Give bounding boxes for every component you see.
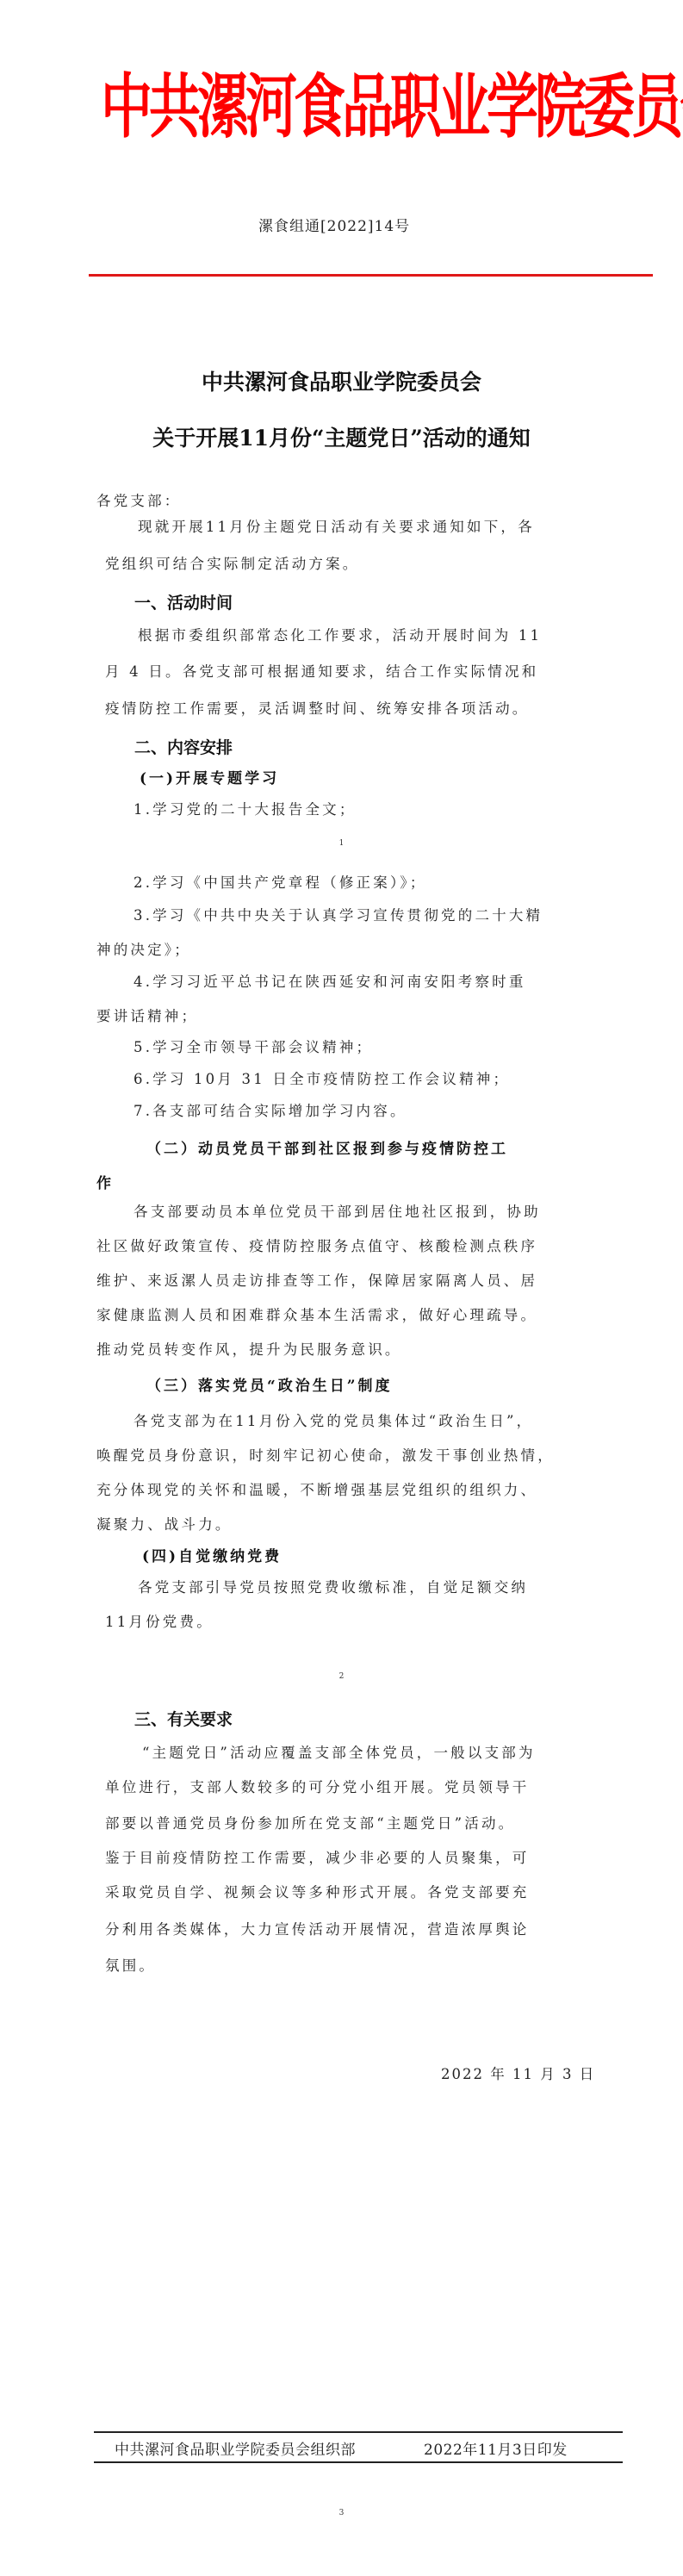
list-item-continued: 要讲话精神； [96, 1007, 198, 1026]
paragraph-line: 各支部要动员本单位党员干部到居住地社区报到，协助 [133, 1203, 541, 1222]
list-item: 2.学习《中国共产党章程（修正案）》； [133, 874, 427, 893]
intro-line: 现就开展11月份主题党日活动有关要求通知如下，各 [138, 518, 535, 537]
paragraph-line: 氛围。 [105, 1957, 156, 1976]
section-heading-1: 一、活动时间 [134, 590, 233, 613]
list-item-continued: 神的决定》； [96, 941, 191, 960]
footer-bottom-rule [94, 2461, 623, 2463]
paragraph-line: 单位进行，支部人数较多的可分党小组开展。党员领导干 [105, 1778, 530, 1797]
paragraph-line: 社区做好政策宣传、疫情防控服务点值守、核酸检测点秩序 [96, 1237, 537, 1256]
subsection-heading-1: (一)开展专题学习 [140, 766, 279, 787]
paragraph-line: 疫情防控工作需要，灵活调整时间、统筹安排各项活动。 [105, 700, 530, 719]
section-heading-3: 三、有关要求 [134, 1707, 233, 1730]
paragraph-line: 推动党员转变作风，提升为民服务意识。 [96, 1341, 402, 1360]
page-number: 2 [0, 1672, 683, 1681]
footer-issuer: 中共漯河食品职业学院委员会组织部 [115, 2437, 356, 2459]
page-number: 3 [0, 2509, 683, 2517]
salutation: 各党支部： [96, 492, 182, 511]
document-masthead: 中共漯河食品职业学院委员会文件 [101, 55, 639, 160]
title-line-2: 关于开展11月份“主题党日”活动的通知 [0, 421, 683, 452]
paragraph-line: 各党支部引导党员按照党费收缴标准，自觉足额交纳 [138, 1578, 528, 1597]
subsection-heading-4: (四)自觉缴纳党费 [142, 1544, 282, 1565]
paragraph-line: 各党支部为在11月份入党的党员集体过“政治生日”， [133, 1412, 533, 1431]
paragraph-line: 部要以普通党员身份参加所在党支部“主题党日”活动。 [105, 1814, 515, 1833]
footer-issue-date: 2022年11月3日印发 [424, 2437, 568, 2459]
subsection-heading-2-continued: 作 [96, 1171, 114, 1192]
list-item: 5.学习全市领导干部会议精神； [133, 1038, 373, 1057]
intro-line: 党组织可结合实际制定活动方案。 [105, 555, 360, 574]
paragraph-line: 鉴于目前疫情防控工作需要，减少非必要的人员聚集，可 [105, 1849, 530, 1868]
subsection-heading-2: （二）动员党员干部到社区报到参与疫情防控工 [146, 1136, 508, 1158]
paragraph-line: 家健康监测人员和困难群众基本生活需求，做好心理疏导。 [96, 1306, 537, 1325]
subsection-heading-3: （三）落实党员“政治生日”制度 [146, 1373, 393, 1395]
paragraph-line: 凝聚力、战斗力。 [96, 1515, 233, 1534]
paragraph-line: 采取党员自学、视频会议等多种形式开展。各党支部要充 [105, 1883, 530, 1902]
paragraph-line: 月 4 日。各党支部可根据通知要求，结合工作实际情况和 [105, 663, 538, 681]
paragraph-line: 唤醒党员身份意识，时刻牢记初心使命，激发干事创业热情， [96, 1447, 555, 1465]
paragraph-line: 充分体现党的关怀和温暖，不断增强基层党组织的组织力、 [96, 1481, 537, 1500]
document-number: 漯食组通[2022]14号 [258, 214, 410, 235]
list-item: 1.学习党的二十大报告全文； [133, 800, 357, 819]
title-line-1: 中共漯河食品职业学院委员会 [0, 365, 683, 396]
section-heading-2: 二、内容安排 [134, 735, 233, 758]
list-item: 4.学习习近平总书记在陕西延安和河南安阳考察时重 [133, 973, 526, 992]
masthead-red-divider [89, 274, 653, 277]
list-item: 6.学习 10月 31 日全市疫情防控工作会议精神； [133, 1070, 510, 1089]
paragraph-line: 维护、来返漯人员走访排查等工作，保障居家隔离人员、居 [96, 1272, 537, 1291]
paragraph-line: 根据市委组织部常态化工作要求，活动开展时间为 11 [138, 626, 542, 645]
list-item: 3.学习《中共中央关于认真学习宣传贯彻党的二十大精 [133, 906, 543, 925]
list-item: 7.各支部可结合实际增加学习内容。 [133, 1102, 407, 1121]
paragraph-line: 11月份党费。 [105, 1613, 214, 1632]
signature-date: 2022 年 11 月 3 日 [441, 2063, 595, 2083]
footer-top-rule [94, 2431, 623, 2433]
paragraph-line: “主题党日”活动应覆盖支部全体党员，一般以支部为 [142, 1744, 536, 1763]
paragraph-line: 分利用各类媒体，大力宣传活动开展情况，营造浓厚舆论 [105, 1920, 530, 1939]
page-number: 1 [0, 839, 683, 848]
